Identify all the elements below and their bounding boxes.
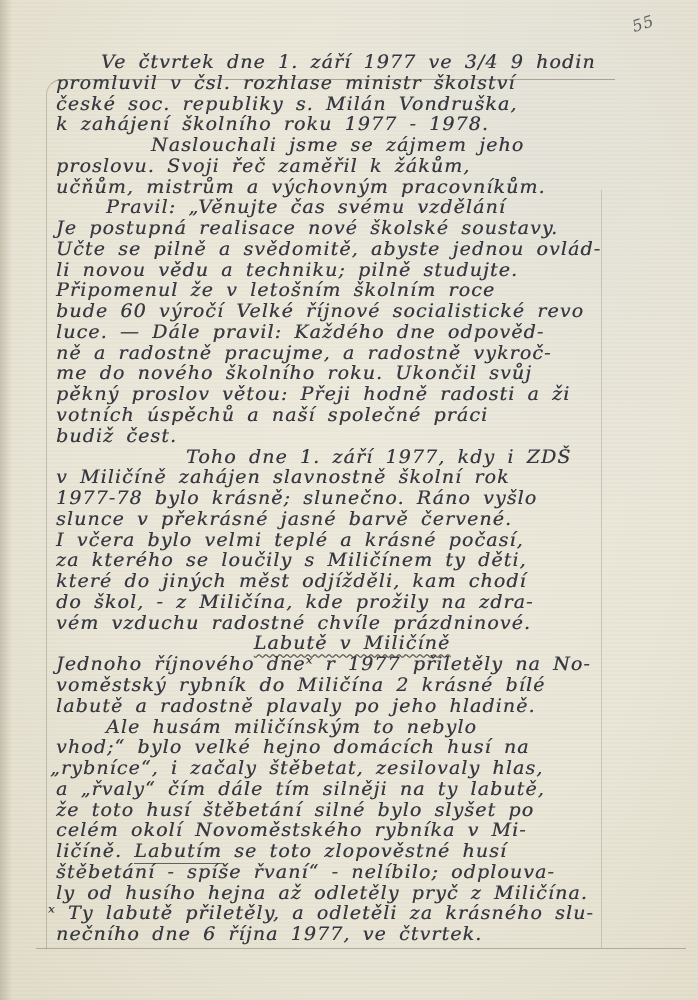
manuscript-line: votních úspěchů a naší společné práci <box>56 405 648 426</box>
manuscript-line: k zahájení školního roku 1977 - 1978. <box>56 114 648 135</box>
manuscript-line: do škol, - z Miličína, kde prožily na zd… <box>56 592 648 613</box>
manuscript-line: I včera bylo velmi teplé a krásné počasí… <box>56 530 648 551</box>
manuscript-line: ly od husího hejna až odletěly pryč z Mi… <box>56 883 648 904</box>
manuscript-line: slunce v překrásné jasné barvě červené. <box>56 509 648 530</box>
manuscript-line: vém vzduchu radostné chvíle prázdninové. <box>56 613 648 634</box>
manuscript-line: me do nového školního roku. Ukončil svůj <box>56 363 648 384</box>
manuscript-line: v Miličíně zahájen slavnostně školní rok <box>56 467 648 488</box>
manuscript-line: Je postupná realisace nové školské soust… <box>56 218 648 239</box>
manuscript-line: voměstský rybník do Miličína 2 krásné bí… <box>56 675 648 696</box>
manuscript-line: promluvil v čsl. rozhlase ministr školst… <box>56 73 648 94</box>
manuscript-line: „rybníce“, i začaly štěbetat, zesilovaly… <box>50 758 648 779</box>
manuscript-line: Ve čtvrtek dne 1. září 1977 ve 3/4 9 hod… <box>101 52 648 73</box>
manuscript-line: celém okolí Novoměstského rybníka v Mi- <box>56 820 648 841</box>
manuscript-line: Připomenul že v letošním školním roce <box>56 280 648 301</box>
section-heading-text: Labutě v Miličíně <box>254 632 451 654</box>
manuscript-line: a „řvaly“ čím dále tím silněji na ty lab… <box>56 779 648 800</box>
manuscript-line: budiž čest. <box>56 426 648 447</box>
page-number: 55 <box>629 11 656 36</box>
manuscript-line: které do jiných měst odjížděli, kam chod… <box>56 571 648 592</box>
manuscript-line: luce. — Dále pravil: Každého dne odpověd… <box>56 322 648 343</box>
manuscript-line: li novou vědu a techniku; pilně studujte… <box>56 260 648 281</box>
manuscript-line: za kterého se loučily s Miličínem ty dět… <box>56 550 648 571</box>
margin-frame-bottom <box>36 948 686 949</box>
manuscript-line: štěbetání - spíše řvaní“ - nelíbilo; odp… <box>56 862 648 883</box>
chronicle-page: 55 Ve čtvrtek dne 1. září 1977 ve 3/4 9 … <box>0 0 698 1000</box>
manuscript-line: pěkný proslov větou: Přeji hodně radosti… <box>56 384 648 405</box>
manuscript-line: ně a radostně pracujme, a radostně vykro… <box>56 343 648 364</box>
manuscript-line: učňům, mistrům a výchovným pracovníkům. <box>56 177 648 198</box>
manuscript-line: bude 60 výročí Velké říjnové socialistic… <box>56 301 648 322</box>
manuscript-line: 1977-78 bylo krásně; slunečno. Ráno vyšl… <box>56 488 648 509</box>
manuscript-line: Pravil: „Věnujte čas svému vzdělání <box>106 197 648 218</box>
manuscript-line: ličíně. Labutím se toto zlopověstné husí <box>56 841 648 862</box>
manuscript-line: Ale husám miličínským to nebylo <box>106 717 648 738</box>
manuscript-line: proslovu. Svoji řeč zaměřil k žákům, <box>56 156 648 177</box>
manuscript-line: vhod;“ bylo velké hejno domácích husí na <box>56 737 648 758</box>
manuscript-line: Jednoho říjnového dneˣ r 1977 přiletěly … <box>56 654 648 675</box>
manuscript-lines: Ve čtvrtek dne 1. září 1977 ve 3/4 9 hod… <box>56 52 648 945</box>
manuscript-line: české soc. republiky s. Milán Vondruška, <box>56 94 648 115</box>
manuscript-line: Toho dne 1. září 1977, kdy i ZDŠ <box>186 447 648 468</box>
manuscript-line: že toto husí štěbetání silné bylo slyšet… <box>56 800 648 821</box>
manuscript-line: Učte se pilně a svědomitě, abyste jednou… <box>56 239 648 260</box>
manuscript-line: labutě a radostně plavaly po jeho hladin… <box>56 696 648 717</box>
manuscript-line: nečního dne 6 října 1977, ve čtvrtek. <box>56 924 648 945</box>
section-heading: Labutě v Miličíně <box>56 633 648 654</box>
manuscript-line: ˣ Ty labutě přiletěly, a odletěli za krá… <box>48 903 648 924</box>
manuscript-line: Naslouchali jsme se zájmem jeho <box>151 135 648 156</box>
